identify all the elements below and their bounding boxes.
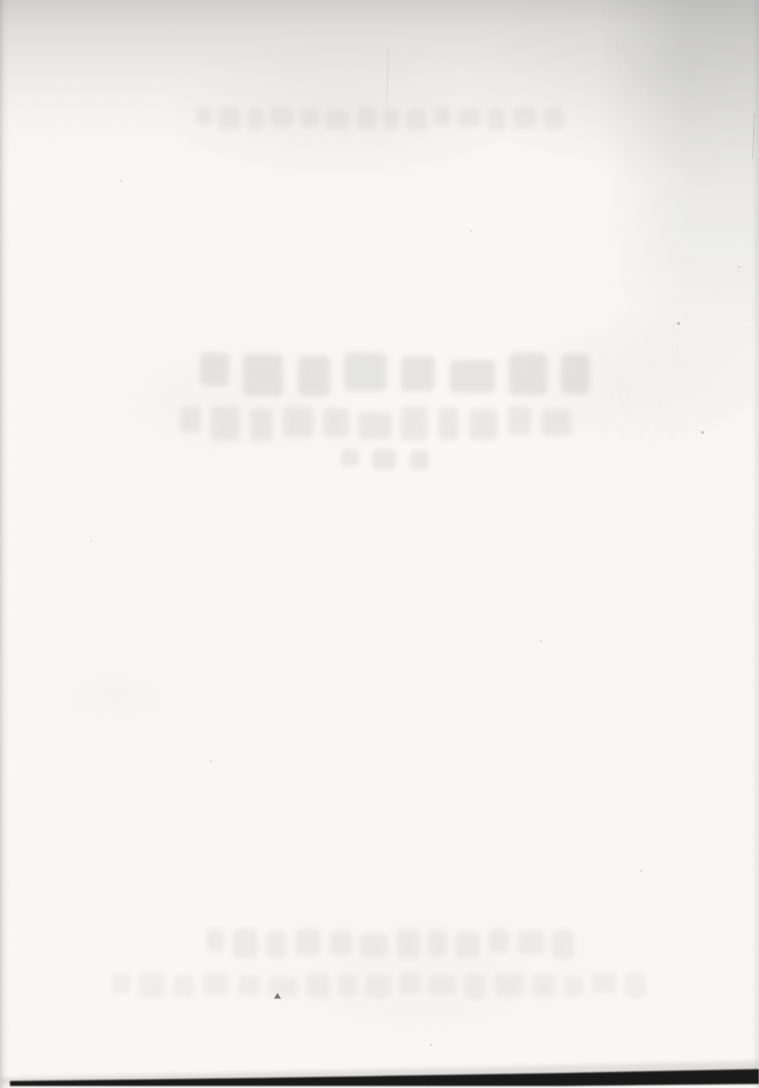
scanned-page: [0, 0, 759, 1088]
ghost-glyph-blob: [266, 931, 286, 958]
ghost-glyph-blob: [428, 975, 456, 995]
dust-speck-triangle: [274, 993, 281, 999]
ghost-glyph-blob: [341, 449, 359, 466]
dust-speck-dot: [470, 230, 472, 232]
ghost-footer-line-2: [112, 973, 646, 999]
ghost-glyph-blob: [283, 406, 314, 437]
ghost-glyph-blob: [323, 408, 348, 437]
ghost-glyph-blob: [455, 932, 480, 958]
ghost-glyph-blob: [625, 973, 646, 998]
dust-speck-dot: [540, 640, 542, 642]
ghost-glyph-blob: [173, 975, 194, 999]
ghost-glyph-blob: [360, 934, 389, 957]
dust-speck-dot: [120, 180, 122, 182]
ghost-glyph-blob: [238, 975, 260, 996]
dust-speck-dot: [430, 1044, 432, 1046]
ghost-glyph-blob: [180, 406, 201, 433]
ghost-glyph-blob: [200, 353, 229, 386]
ghost-glyph-blob: [561, 354, 590, 394]
ghost-glyph-blob: [268, 977, 297, 997]
ghost-glyph-blob: [365, 975, 391, 997]
ghost-title-line: [200, 353, 590, 397]
ghost-glyph-blob: [399, 973, 420, 994]
ghost-small-line: [341, 449, 429, 471]
scan-shadow-left-edge: [0, 0, 9, 1088]
ghost-glyph-blob: [410, 450, 429, 470]
ghost-glyph-blob: [564, 976, 583, 997]
ghost-glyph-blob: [489, 929, 509, 953]
ghost-glyph-blob: [517, 931, 544, 954]
ghost-glyph-blob: [202, 973, 230, 995]
ghost-glyph-blob: [338, 974, 357, 998]
ghost-glyph-blob: [112, 973, 131, 993]
ghost-glyph-blob: [211, 406, 240, 441]
ghost-glyph-blob: [358, 412, 391, 439]
ghost-glyph-blob: [330, 931, 352, 955]
ghost-glyph-blob: [306, 973, 330, 998]
ghost-glyph-blob: [243, 354, 283, 396]
ghost-glyph-blob: [295, 929, 322, 955]
ghost-subtitle-line: [180, 406, 572, 442]
ghost-glyph-blob: [428, 930, 446, 957]
ghost-glyph-blob: [344, 353, 387, 391]
dust-speck-dot: [640, 870, 642, 872]
ghost-glyph-blob: [401, 406, 428, 441]
scan-shadow-top-right: [599, 0, 759, 480]
scan-shadow-right-edge: [752, 0, 759, 1088]
ghost-glyph-blob: [397, 929, 421, 958]
ghost-glyph-blob: [541, 409, 572, 436]
ghost-glyph-blob: [250, 408, 273, 441]
bottom-edge-dark-band: [10, 1069, 759, 1086]
ghost-glyph-blob: [401, 356, 436, 392]
ghost-glyph-blob: [552, 930, 574, 959]
ghost-glyph-blob: [469, 409, 498, 440]
ghost-glyph-blob: [298, 356, 330, 396]
ghost-glyph-blob: [508, 406, 531, 435]
ghost-glyph-blob: [464, 974, 486, 999]
ghost-glyph-blob: [438, 407, 459, 440]
bottom-edge-soft-shadow: [0, 1061, 759, 1084]
ghost-glyph-blob: [450, 360, 496, 393]
ghost-glyph-blob: [532, 974, 556, 996]
ghost-glyph-blob: [509, 353, 546, 395]
dust-speck-dot: [210, 760, 212, 762]
dust-speck-dot: [90, 540, 92, 542]
ghost-glyph-blob: [233, 929, 258, 958]
ghost-glyph-blob: [494, 973, 523, 997]
ghost-glyph-blob: [206, 929, 224, 952]
ghost-glyph-blob: [591, 973, 617, 993]
ghost-glyph-blob: [139, 973, 165, 998]
ghost-glyph-blob: [372, 449, 396, 470]
ghost-footer-line-1: [206, 929, 574, 959]
